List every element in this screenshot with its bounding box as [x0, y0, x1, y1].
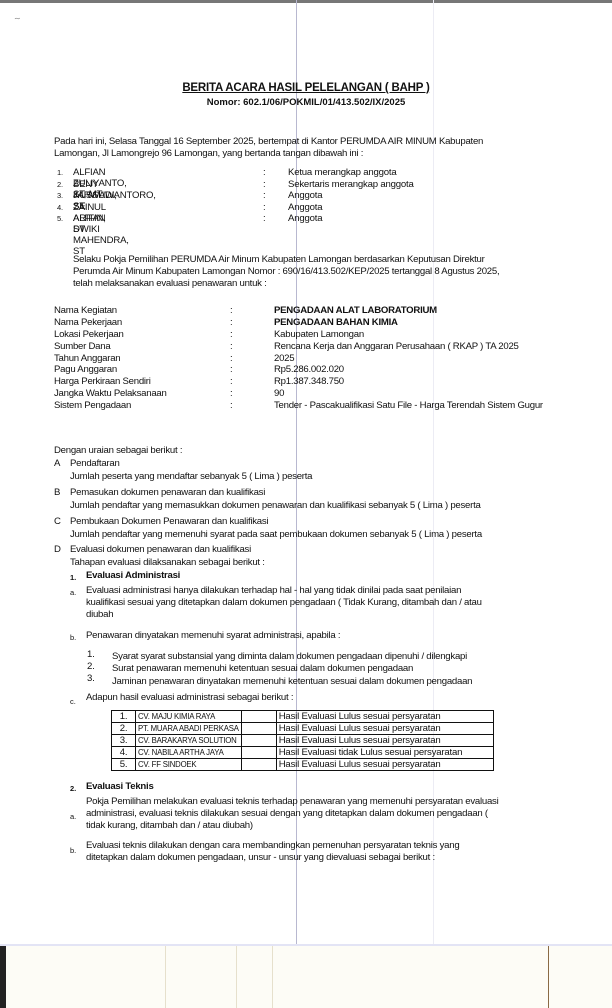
- evaluation-result: Hasil Evaluasi Lulus sesuai persyaratan: [276, 723, 493, 735]
- company-name: PT. MUARA ABADI PERKASA: [136, 723, 242, 735]
- evaluation-result: Hasil Evaluasi tidak Lulus sesuai persya…: [276, 747, 493, 759]
- eval-teknis-b-line-2: ditetapkan dalam dokumen pengadaan, unsu…: [86, 852, 435, 864]
- detail-key: Sistem Pengadaan: [54, 400, 131, 411]
- eval-teknis-a-line-3: tidak kurang, ditambah dan / atau diubah…: [86, 820, 253, 832]
- detail-value: PENGADAAN BAHAN KIMIA: [274, 317, 398, 328]
- detail-value: PENGADAAN ALAT LABORATORIUM: [274, 305, 437, 316]
- blank-cell: [241, 723, 276, 735]
- eval-teknis-heading: Evaluasi Teknis: [86, 781, 154, 793]
- condition-text: Syarat syarat substansial yang diminta d…: [112, 651, 467, 663]
- detail-value: Rp5.286.002.020: [274, 364, 344, 375]
- member-role: Sekertaris merangkap anggota: [288, 179, 414, 190]
- eval-teknis-a-line-1: Pokja Pemilihan melakukan evaluasi tekni…: [86, 796, 499, 808]
- member-number: 3.: [57, 191, 63, 200]
- scan-edge: [0, 946, 6, 1008]
- detail-key: Lokasi Pekerjaan: [54, 329, 124, 340]
- blank-cell: [241, 735, 276, 747]
- eval-teknis-number: 2.: [70, 784, 76, 793]
- list-marker: b.: [70, 846, 76, 855]
- scan-bottom-band: [0, 944, 612, 1008]
- blank-cell: [241, 759, 276, 771]
- separator-colon: :: [230, 329, 232, 340]
- member-role: Anggota: [288, 213, 322, 224]
- detail-value: Rp1.387.348.750: [274, 376, 344, 387]
- section-b-text: Jumlah pendaftar yang memasukkan dokumen…: [70, 500, 481, 511]
- scan-stripe: [165, 946, 166, 1008]
- list-marker: a.: [70, 588, 76, 597]
- section-letter: C: [54, 516, 70, 527]
- detail-key: Nama Pekerjaan: [54, 317, 122, 328]
- detail-key: Harga Perkiraan Sendiri: [54, 376, 151, 387]
- eval-admin-number: 1.: [70, 573, 76, 582]
- document-title: BERITA ACARA HASIL PELELANGAN ( BAHP ): [0, 82, 612, 94]
- eval-admin-b-text: Penawaran dinyatakan memenuhi syarat adm…: [86, 630, 340, 642]
- section-heading: Pemasukan dokumen penawaran dan kualifik…: [70, 487, 265, 498]
- separator-colon: :: [230, 376, 232, 387]
- separator-colon: :: [263, 190, 265, 201]
- section-heading: Pendaftaran: [70, 458, 120, 469]
- list-marker: b.: [70, 633, 76, 642]
- separator-colon: :: [230, 400, 232, 411]
- table-row: 5. CV. FF SINDOEK Hasil Evaluasi Lulus s…: [112, 759, 494, 771]
- row-number: 4.: [112, 747, 136, 759]
- member-role: Ketua merangkap anggota: [288, 167, 396, 178]
- detail-value: Rencana Kerja dan Anggaran Perusahaan ( …: [274, 341, 519, 352]
- row-number: 1.: [112, 711, 136, 723]
- row-number: 2.: [112, 723, 136, 735]
- condition-number: 1.: [87, 649, 95, 661]
- evaluation-result: Hasil Evaluasi Lulus sesuai persyaratan: [276, 735, 493, 747]
- detail-value: Tender - Pascakualifikasi Satu File - Ha…: [274, 400, 543, 411]
- separator-colon: :: [230, 353, 232, 364]
- pokja-line-2: Perumda Air Minum Kabupaten Lamongan Nom…: [73, 266, 499, 278]
- scan-top-edge: [0, 0, 612, 3]
- section-letter: B: [54, 487, 70, 498]
- condition-text: Jaminan penawaran dinyatakan memenuhi ke…: [112, 676, 472, 688]
- admin-evaluation-results-table: 1. CV. MAJU KIMIA RAYA Hasil Evaluasi Lu…: [111, 710, 494, 771]
- eval-admin-heading: Evaluasi Administrasi: [86, 570, 180, 582]
- detail-key: Tahun Anggaran: [54, 353, 120, 364]
- section-heading: Pembukaan Dokumen Penawaran dan kualifik…: [70, 516, 268, 527]
- member-role: Anggota: [288, 202, 322, 213]
- condition-number: 2.: [87, 661, 95, 673]
- section-letter: A: [54, 458, 70, 469]
- section-b-heading: BPemasukan dokumen penawaran dan kualifi…: [54, 487, 265, 498]
- separator-colon: :: [263, 179, 265, 190]
- company-name: CV. NABILA ARTHA JAYA: [136, 747, 242, 759]
- eval-teknis-a-line-2: administrasi, evaluasi teknis dilakukan …: [86, 808, 488, 820]
- blank-cell: [241, 747, 276, 759]
- eval-admin-a-line-3: diubah: [86, 609, 113, 621]
- scan-stripe: [272, 946, 273, 1008]
- company-name: CV. BARAKARYA SOLUTION: [136, 735, 242, 747]
- detail-value: 90: [274, 388, 284, 399]
- section-c-heading: CPembukaan Dokumen Penawaran dan kualifi…: [54, 516, 268, 527]
- member-name: ALFIAN DWIKI MAHENDRA, ST: [73, 213, 129, 257]
- separator-colon: :: [263, 213, 265, 224]
- detail-key: Sumber Dana: [54, 341, 110, 352]
- separator-colon: :: [230, 317, 232, 328]
- table-row: 4. CV. NABILA ARTHA JAYA Hasil Evaluasi …: [112, 747, 494, 759]
- row-number: 5.: [112, 759, 136, 771]
- list-marker: c.: [70, 697, 76, 706]
- detail-value: 2025: [274, 353, 294, 364]
- intro-line-2: Lamongan, Jl Lamongrejo 96 Lamongan, yan…: [54, 148, 363, 160]
- condition-text: Surat penawaran memenuhi ketentuan sesua…: [112, 663, 413, 675]
- separator-colon: :: [230, 305, 232, 316]
- detail-key: Jangka Waktu Pelaksanaan: [54, 388, 167, 399]
- section-letter: D: [54, 544, 70, 555]
- pokja-line-3: telah melaksanakan evaluasi penawaran un…: [73, 278, 267, 290]
- row-number: 3.: [112, 735, 136, 747]
- section-d-text: Tahapan evaluasi dilaksanakan sebagai be…: [70, 557, 265, 568]
- detail-key: Pagu Anggaran: [54, 364, 117, 375]
- table-row: 1. CV. MAJU KIMIA RAYA Hasil Evaluasi Lu…: [112, 711, 494, 723]
- intro-line-1: Pada hari ini, Selasa Tanggal 16 Septemb…: [54, 136, 483, 148]
- section-d-heading: DEvaluasi dokumen penawaran dan kualifik…: [54, 544, 251, 555]
- scan-mark-icon: ∼: [14, 14, 21, 23]
- section-a-heading: APendaftaran: [54, 458, 120, 469]
- eval-admin-a-line-1: Evaluasi administrasi hanya dilakukan te…: [86, 585, 461, 597]
- detail-key: Nama Kegiatan: [54, 305, 117, 316]
- company-name: CV. FF SINDOEK: [136, 759, 242, 771]
- section-heading: Evaluasi dokumen penawaran dan kualifika…: [70, 544, 251, 555]
- section-a-text: Jumlah peserta yang mendaftar sebanyak 5…: [70, 471, 312, 482]
- pokja-line-1: Selaku Pokja Pemilihan PERUMDA Air Minum…: [73, 254, 485, 266]
- blank-cell: [241, 711, 276, 723]
- separator-colon: :: [263, 202, 265, 213]
- separator-colon: :: [230, 364, 232, 375]
- uraian-intro: Dengan uraian sebagai berikut :: [54, 445, 182, 457]
- document-header: BERITA ACARA HASIL PELELANGAN ( BAHP ) N…: [0, 82, 612, 108]
- document-number: Nomor: 602.1/06/POKMIL/01/413.502/IX/202…: [0, 97, 612, 108]
- member-number: 2.: [57, 180, 63, 189]
- eval-admin-a-line-2: kualifikasi sesuai yang ditetapkan dalam…: [86, 597, 482, 609]
- eval-teknis-b-line-1: Evaluasi teknis dilakukan dengan cara me…: [86, 840, 459, 852]
- member-number: 4.: [57, 203, 63, 212]
- table-row: 3. CV. BARAKARYA SOLUTION Hasil Evaluasi…: [112, 735, 494, 747]
- scan-stripe: [236, 946, 237, 1008]
- eval-admin-c-text: Adapun hasil evaluasi administrasi sebag…: [86, 692, 293, 704]
- member-number: 5.: [57, 214, 63, 223]
- scan-stripe: [548, 946, 549, 1008]
- evaluation-result: Hasil Evaluasi Lulus sesuai persyaratan: [276, 711, 493, 723]
- condition-number: 3.: [87, 673, 95, 685]
- company-name: CV. MAJU KIMIA RAYA: [136, 711, 242, 723]
- member-number: 1.: [57, 168, 63, 177]
- section-c-text: Jumlah pendaftar yang memenuhi syarat pa…: [70, 529, 482, 540]
- detail-value: Kabupaten Lamongan: [274, 329, 364, 340]
- separator-colon: :: [230, 341, 232, 352]
- separator-colon: :: [230, 388, 232, 399]
- separator-colon: :: [263, 167, 265, 178]
- list-marker: a.: [70, 812, 76, 821]
- table-row: 2. PT. MUARA ABADI PERKASA Hasil Evaluas…: [112, 723, 494, 735]
- evaluation-result: Hasil Evaluasi Lulus sesuai persyaratan: [276, 759, 493, 771]
- member-role: Anggota: [288, 190, 322, 201]
